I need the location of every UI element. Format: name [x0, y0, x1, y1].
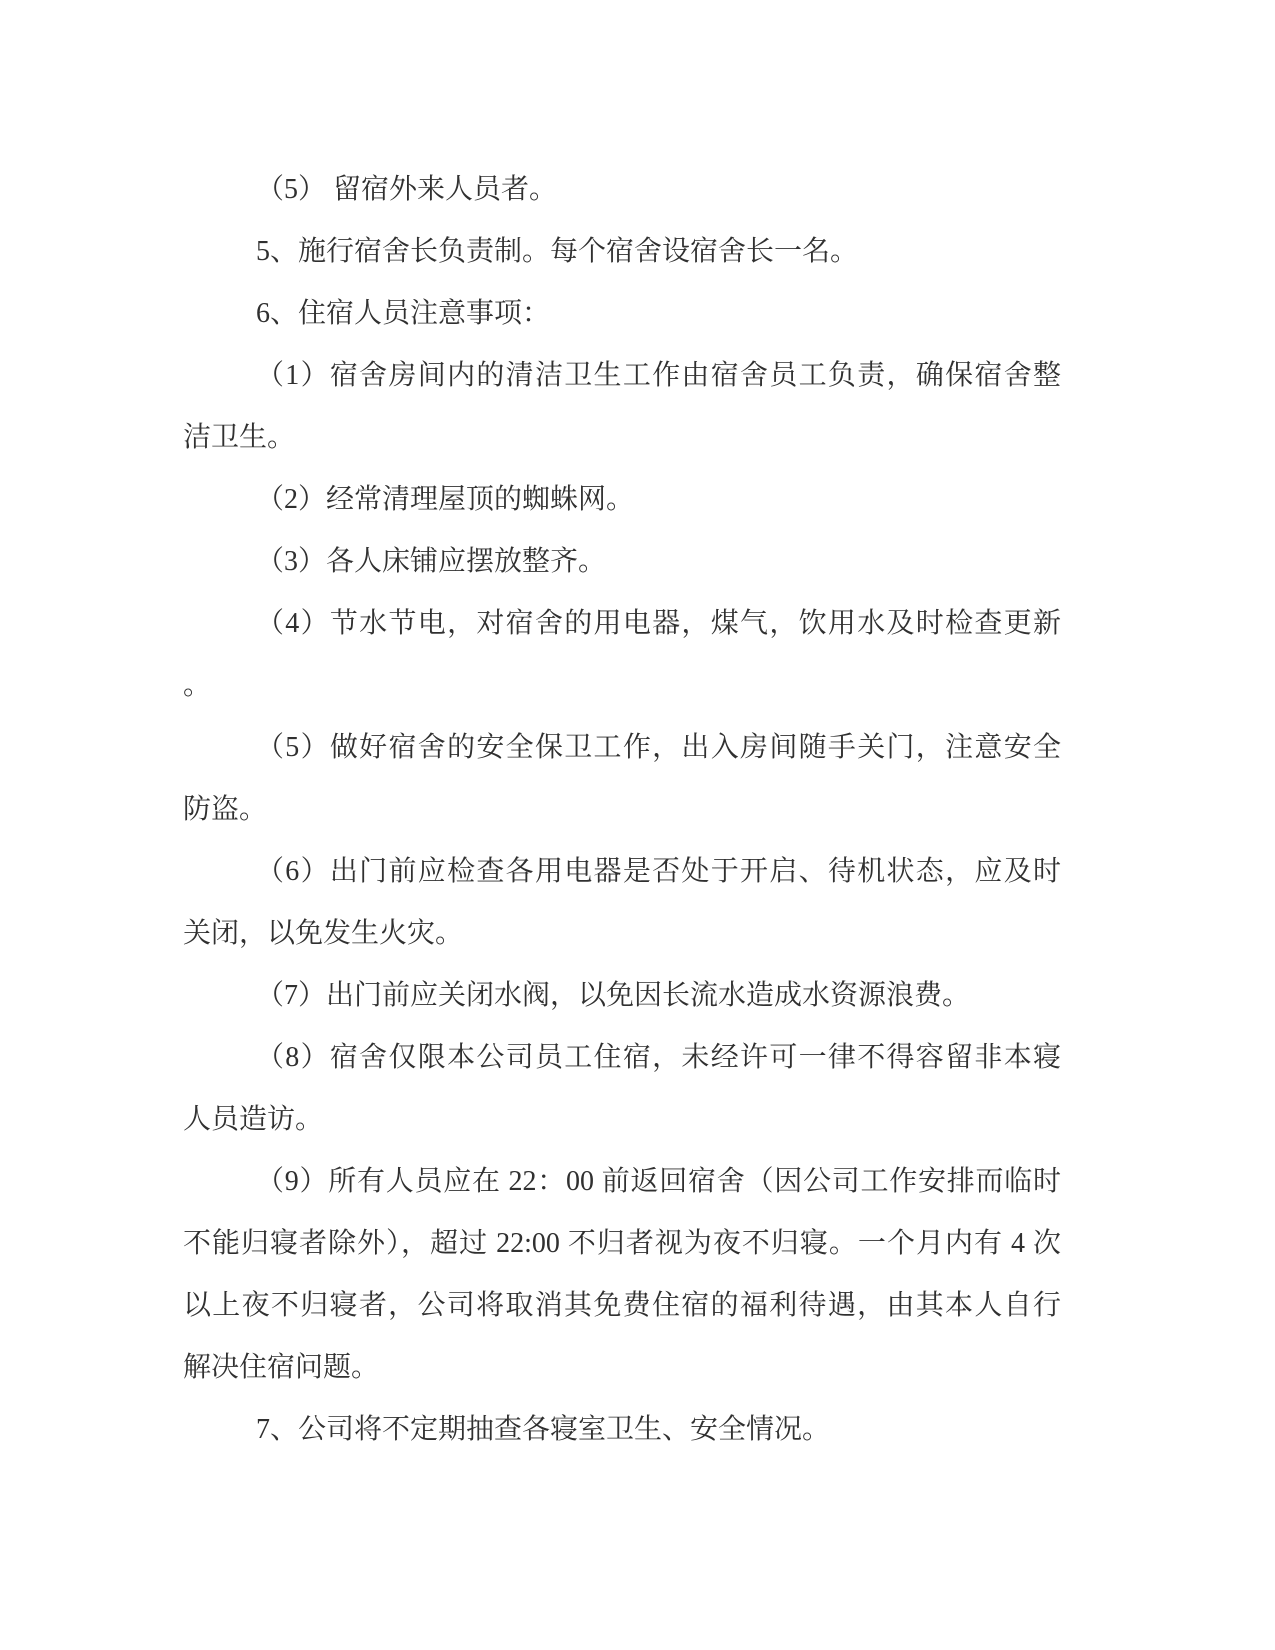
document-line: 。: [183, 655, 1061, 717]
document-line: （3）各人床铺应摆放整齐。: [183, 531, 1061, 593]
document-line: 不能归寝者除外），超过 22:00 不归者视为夜不归寝。一个月内有 4 次: [183, 1213, 1061, 1275]
document-line: 洁卫生。: [183, 407, 1061, 469]
document-line: （7）出门前应关闭水阀，以免因长流水造成水资源浪费。: [183, 965, 1061, 1027]
document-line: 防盗。: [183, 779, 1061, 841]
document-page: （5） 留宿外来人员者。 5、施行宿舍长负责制。每个宿舍设宿舍长一名。 6、住宿…: [0, 0, 1275, 1650]
document-line: （8）宿舍仅限本公司员工住宿，未经许可一律不得容留非本寝: [183, 1027, 1061, 1089]
document-line: （4）节水节电，对宿舍的用电器，煤气，饮用水及时检查更新: [183, 593, 1061, 655]
document-line: （9）所有人员应在 22：00 前返回宿舍（因公司工作安排而临时: [183, 1151, 1061, 1213]
document-line: 7、公司将不定期抽查各寝室卫生、安全情况。: [183, 1399, 1061, 1461]
document-line: （2）经常清理屋顶的蜘蛛网。: [183, 469, 1061, 531]
document-line: 解决住宿问题。: [183, 1337, 1061, 1399]
document-line: （5）做好宿舍的安全保卫工作，出入房间随手关门，注意安全: [183, 717, 1061, 779]
document-line: 6、住宿人员注意事项：: [183, 283, 1061, 345]
document-line: （1）宿舍房间内的清洁卫生工作由宿舍员工负责，确保宿舍整: [183, 345, 1061, 407]
document-line: （6）出门前应检查各用电器是否处于开启、待机状态，应及时: [183, 841, 1061, 903]
document-line: 人员造访。: [183, 1089, 1061, 1151]
document-line: （5） 留宿外来人员者。: [183, 159, 1061, 221]
document-content: （5） 留宿外来人员者。 5、施行宿舍长负责制。每个宿舍设宿舍长一名。 6、住宿…: [183, 159, 1061, 1461]
document-line: 以上夜不归寝者，公司将取消其免费住宿的福利待遇，由其本人自行: [183, 1275, 1061, 1337]
document-line: 关闭，以免发生火灾。: [183, 903, 1061, 965]
document-line: 5、施行宿舍长负责制。每个宿舍设宿舍长一名。: [183, 221, 1061, 283]
